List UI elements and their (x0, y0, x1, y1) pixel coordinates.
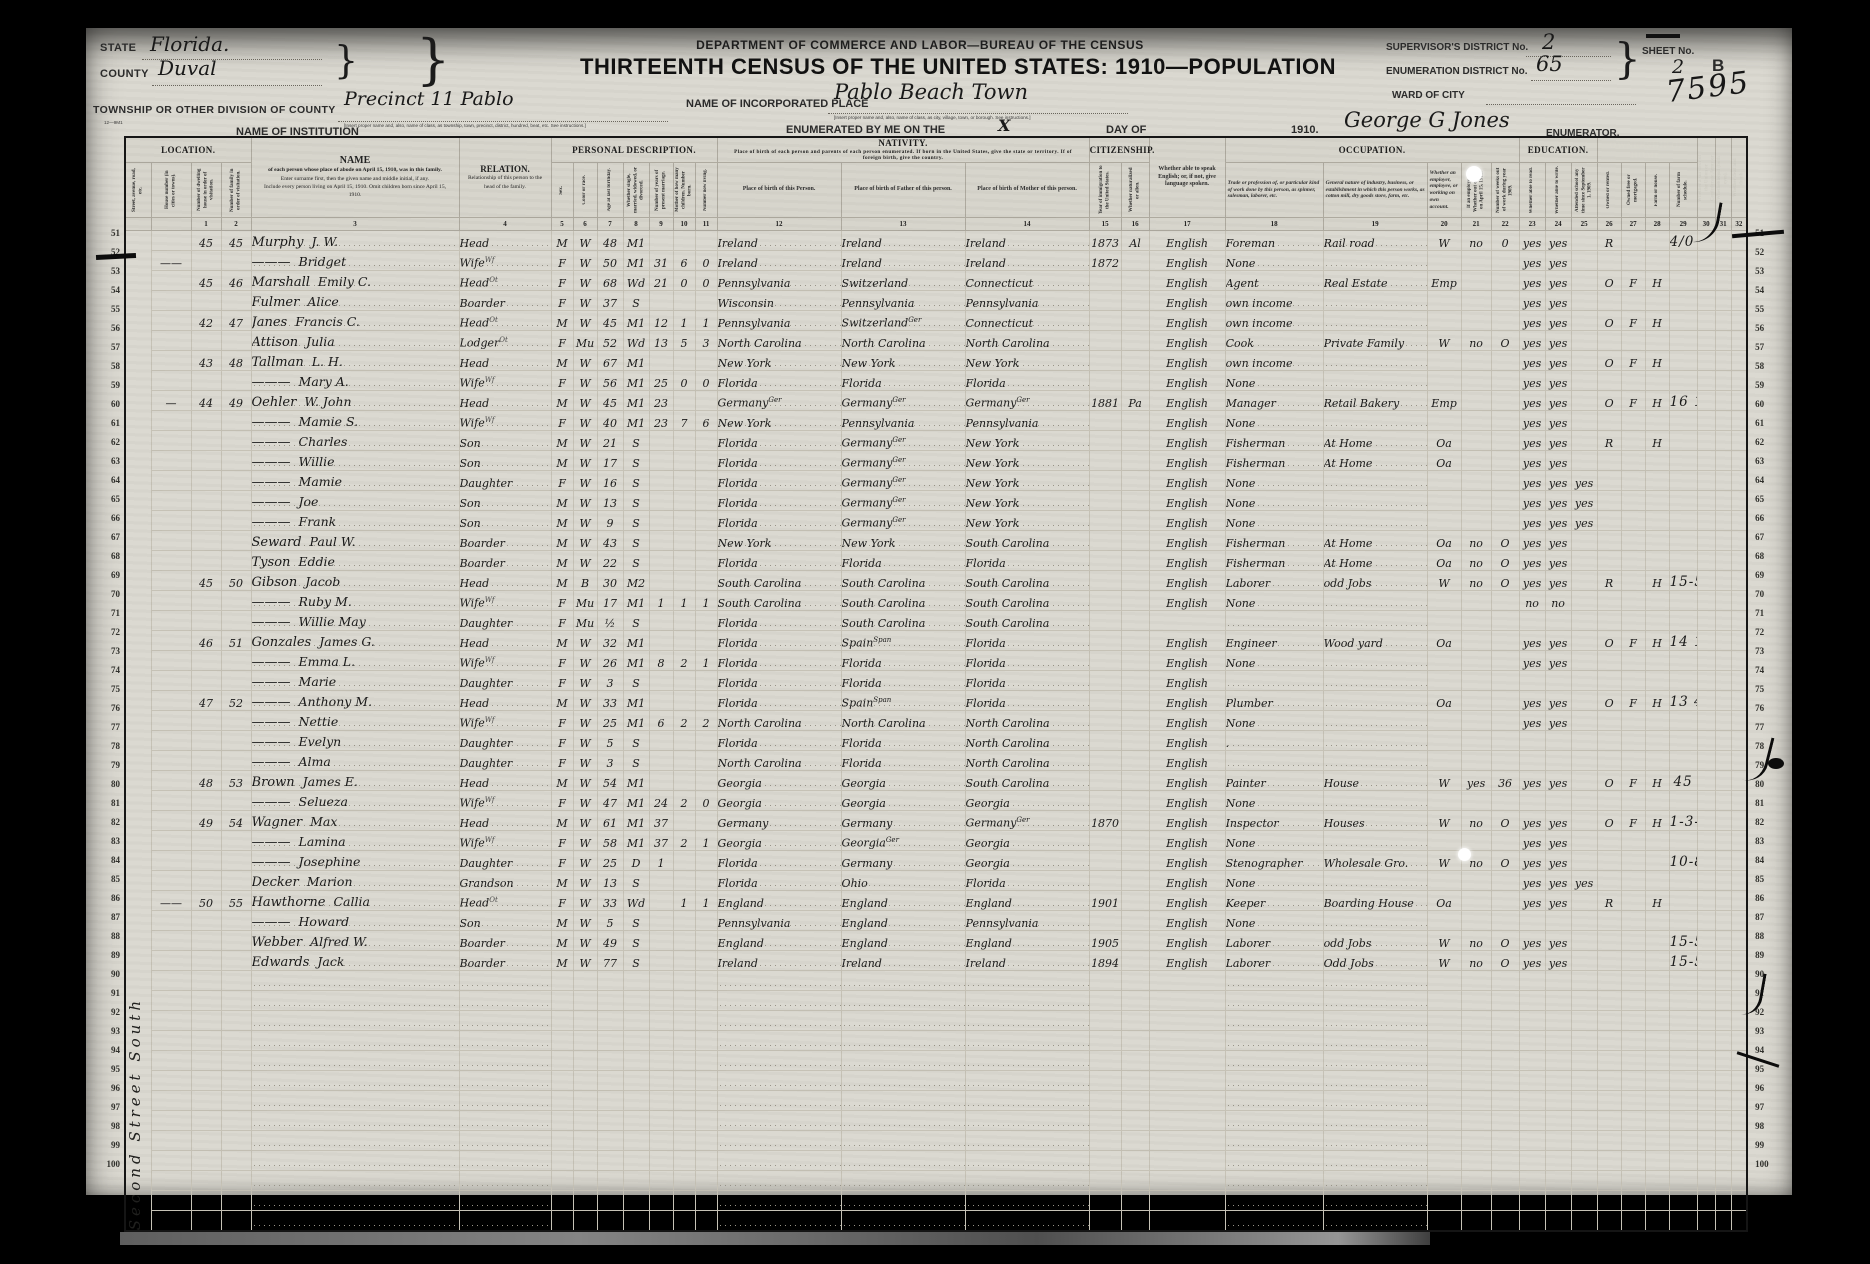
cell-wr: yes (1545, 351, 1571, 371)
cell-o1 (1597, 751, 1621, 771)
column-header: Whether naturalized or alien. (1121, 163, 1149, 218)
cell-tr: None (1225, 831, 1323, 851)
cell-mar: S (623, 731, 649, 751)
cell-sex (551, 1211, 573, 1232)
cell-rd: yes (1519, 471, 1545, 491)
cell-o2 (1621, 671, 1645, 691)
cell-sc: yes (1571, 871, 1597, 891)
line-number: 94 (98, 1041, 124, 1060)
line-number: 100 (98, 1155, 124, 1174)
cell-rel (459, 1131, 551, 1151)
cell-yi (1089, 1191, 1121, 1211)
cell-race: W (573, 811, 597, 831)
place-note: [Insert proper name and, also, name of c… (834, 115, 1031, 120)
cell-o2 (1621, 551, 1645, 571)
column-header: Whether able to speak English; or, if no… (1149, 137, 1225, 218)
cell-yi (1089, 771, 1121, 791)
cell-rd: yes (1519, 831, 1545, 851)
cell-cl (695, 1091, 717, 1111)
cell-rel (459, 1031, 551, 1051)
cell-o1 (1597, 511, 1621, 531)
cell-v (1697, 311, 1715, 331)
cell-yi (1089, 1051, 1121, 1071)
table-row (125, 1011, 1747, 1031)
cell-lg: English (1149, 471, 1225, 491)
cell-tr: own income (1225, 291, 1323, 311)
cell-mar: M1 (623, 411, 649, 431)
cell-pb (717, 1151, 841, 1171)
cell-o2: F (1621, 391, 1645, 411)
cell-age (597, 1211, 623, 1232)
cell-v (1697, 1131, 1715, 1151)
cell-name: ———Selueza (251, 791, 459, 811)
cell-wr (1545, 1011, 1571, 1031)
cell-na (1121, 751, 1149, 771)
cell-lg: English (1149, 531, 1225, 551)
cell-lg: English (1149, 791, 1225, 811)
cell-v (1697, 991, 1715, 1011)
cell-cb (673, 811, 695, 831)
cell-mar: S (623, 431, 649, 451)
cell-rel: Head (459, 391, 551, 411)
cell-age: 30 (597, 571, 623, 591)
cell-fm (221, 1171, 251, 1191)
cell-es (1427, 1171, 1461, 1191)
cell-tr: Laborer (1225, 571, 1323, 591)
cell-rd: yes (1519, 311, 1545, 331)
cell-na (1121, 511, 1149, 531)
cell-sc (1571, 631, 1597, 651)
line-number: 71 (1748, 604, 1778, 623)
cell-sc (1571, 911, 1597, 931)
cell-ym (649, 1011, 673, 1031)
cell-dw (191, 431, 221, 451)
table-row: ———CharlesSonMW21SFloridaGermanyGerNew Y… (125, 431, 1747, 451)
cell-na (1121, 311, 1149, 331)
cell-sex: M (551, 391, 573, 411)
cell-wr (1545, 1211, 1571, 1232)
cell-lg: English (1149, 271, 1225, 291)
header-number-row: 1234567891011121314151617181920212223242… (125, 218, 1747, 231)
cell-wk (1491, 611, 1519, 631)
cell-race: Mu (573, 591, 597, 611)
cell-hn (151, 471, 191, 491)
cell-wr (1545, 991, 1571, 1011)
cell-pf: GermanyGer (841, 431, 965, 451)
cell-v (1697, 331, 1715, 351)
cell-b (1715, 271, 1731, 291)
cell-o1 (1597, 251, 1621, 271)
line-number: 88 (1748, 927, 1778, 946)
cell-sex: F (551, 291, 573, 311)
cell-o1: O (1597, 311, 1621, 331)
cell-ym: 6 (649, 711, 673, 731)
cell-an (1669, 1111, 1697, 1131)
cell-o2 (1621, 1031, 1645, 1051)
cell-pb: Wisconsin (717, 291, 841, 311)
cell-o1 (1597, 1051, 1621, 1071)
cell-hn (151, 1171, 191, 1191)
line-number: 66 (98, 509, 124, 528)
cell-o1: O (1597, 391, 1621, 411)
cell-b (1715, 551, 1731, 571)
cell-cb (673, 671, 695, 691)
line-number: 69 (98, 566, 124, 585)
cell-d (1731, 431, 1747, 451)
cell-dw (191, 1071, 221, 1091)
cell-wk (1491, 1011, 1519, 1031)
cell-rel (459, 1171, 551, 1191)
cell-cb: 1 (673, 891, 695, 911)
cell-cl: 6 (695, 411, 717, 431)
cell-fm (221, 731, 251, 751)
line-number: 53 (98, 262, 124, 281)
cell-tr: Agent (1225, 271, 1323, 291)
cell-age (597, 1191, 623, 1211)
cell-cl: 0 (695, 791, 717, 811)
cell-fm (221, 1111, 251, 1131)
cell-o2 (1621, 471, 1645, 491)
cell-fm (221, 971, 251, 991)
cell-mar: D (623, 851, 649, 871)
cell-sex: M (551, 531, 573, 551)
cell-b (1715, 351, 1731, 371)
enumeration-district-value: 65 (1536, 52, 1563, 76)
cell-mar: Wd (623, 271, 649, 291)
column-header: Place of birth of Father of this person. (841, 163, 965, 218)
line-number: 61 (1748, 414, 1778, 433)
cell-pb: Florida (717, 431, 841, 451)
cell-cb (673, 1051, 695, 1071)
cell-name: WagnerMax (251, 811, 459, 831)
cell-ym (649, 291, 673, 311)
cell-race: W (573, 851, 597, 871)
cell-tr: Plumber (1225, 691, 1323, 711)
cell-rel: Daughter (459, 751, 551, 771)
cell-pm (965, 1191, 1089, 1211)
cell-pb: Pennsylvania (717, 271, 841, 291)
line-number: 89 (98, 946, 124, 965)
column-number: 32 (1731, 218, 1747, 231)
cell-wk (1491, 831, 1519, 851)
cell-lg: English (1149, 351, 1225, 371)
cell-wk (1491, 1211, 1519, 1232)
cell-lg: English (1149, 491, 1225, 511)
cell-age (597, 1111, 623, 1131)
cell-o3 (1645, 551, 1669, 571)
cell-pf: Florida (841, 371, 965, 391)
cell-name: ———Josephine (251, 851, 459, 871)
cell-wr: yes (1545, 471, 1571, 491)
sheet-dash-mark (1646, 34, 1680, 38)
cell-ind (1323, 311, 1427, 331)
cell-rel (459, 1071, 551, 1091)
cell-o3 (1645, 1031, 1669, 1051)
cell-name (251, 1151, 459, 1171)
cell-name: ———Joe (251, 491, 459, 511)
cell-pf: England (841, 911, 965, 931)
cell-ow (1461, 451, 1491, 471)
cell-yi (1089, 451, 1121, 471)
cell-yi (1089, 911, 1121, 931)
cell-v (1697, 651, 1715, 671)
cell-na (1121, 971, 1149, 991)
cell-cb (673, 1031, 695, 1051)
cell-fm (221, 871, 251, 891)
cell-an (1669, 531, 1697, 551)
column-number: 7 (597, 218, 623, 231)
cell-tr: own income (1225, 351, 1323, 371)
cell-ind (1323, 871, 1427, 891)
column-number: 13 (841, 218, 965, 231)
cell-yi (1089, 971, 1121, 991)
cell-pm (965, 1071, 1089, 1091)
cell-tr (1225, 751, 1323, 771)
cell-cl (695, 971, 717, 991)
cell-pf (841, 1191, 965, 1211)
cell-race: W (573, 631, 597, 651)
cell-es: W (1427, 571, 1461, 591)
cell-yi (1089, 511, 1121, 531)
cell-pb (717, 1171, 841, 1191)
cell-rel: Head (459, 691, 551, 711)
cell-ym (649, 1171, 673, 1191)
cell-fm (221, 1051, 251, 1071)
cell-na (1121, 1211, 1149, 1232)
census-table: LOCATION.NAMEof each person whose place … (124, 136, 1748, 1232)
cell-tr: None (1225, 711, 1323, 731)
column-header: Farm or house. (1645, 163, 1669, 218)
cell-o2 (1621, 751, 1645, 771)
cell-rel: Daughter (459, 851, 551, 871)
cell-hn (151, 751, 191, 771)
cell-b (1715, 531, 1731, 551)
line-number: 58 (1748, 357, 1778, 376)
cell-tr: Laborer (1225, 951, 1323, 971)
cell-ow (1461, 1011, 1491, 1031)
cell-v (1697, 531, 1715, 551)
cell-rd: yes (1519, 411, 1545, 431)
cell-race (573, 971, 597, 991)
cell-fm (221, 911, 251, 931)
cell-pm: New York (965, 451, 1089, 471)
table-row (125, 1131, 1747, 1151)
enumerated-mid: DAY OF (1106, 124, 1146, 136)
cell-pb (717, 1011, 841, 1031)
cell-dw (191, 731, 221, 751)
cell-ow (1461, 311, 1491, 331)
cell-tr: None (1225, 251, 1323, 271)
cell-ind: Wood yard (1323, 631, 1427, 651)
cell-na (1121, 1011, 1149, 1031)
cell-cl: 1 (695, 891, 717, 911)
cell-cl (695, 751, 717, 771)
cell-rel: WifeWf (459, 791, 551, 811)
cell-rel: HeadOt (459, 311, 551, 331)
column-header: Color or race. (573, 163, 597, 218)
cell-sc (1571, 711, 1597, 731)
cell-d (1731, 891, 1747, 911)
cell-ind (1323, 1051, 1427, 1071)
cell-na (1121, 411, 1149, 431)
cell-o1 (1597, 651, 1621, 671)
sheet-label: SHEET No. (1642, 46, 1694, 57)
cell-cb (673, 771, 695, 791)
cell-fm: 46 (221, 271, 251, 291)
cell-cb (673, 1131, 695, 1151)
line-number: 70 (98, 585, 124, 604)
cell-race: W (573, 371, 597, 391)
page-title: THIRTEENTH CENSUS OF THE UNITED STATES: … (580, 54, 1260, 80)
cell-ym: 37 (649, 811, 673, 831)
cell-v (1697, 1051, 1715, 1071)
cell-b (1715, 931, 1731, 951)
table-row: 4348TallmanL. H.HeadMW67M1New YorkNew Yo… (125, 351, 1747, 371)
cell-an (1669, 871, 1697, 891)
cell-lg: English (1149, 851, 1225, 871)
cell-dw (191, 551, 221, 571)
line-number: 85 (98, 870, 124, 889)
cell-v (1697, 811, 1715, 831)
cell-name: AttisonJulia (251, 331, 459, 351)
cell-b (1715, 951, 1731, 971)
cell-o1: R (1597, 231, 1621, 251)
cell-tr: None (1225, 371, 1323, 391)
cell-mar (623, 1011, 649, 1031)
cell-rel: Son (459, 491, 551, 511)
cell-wk: O (1491, 931, 1519, 951)
table-row (125, 971, 1747, 991)
cell-an (1669, 1011, 1697, 1031)
cell-na (1121, 331, 1149, 351)
cell-ym: 24 (649, 791, 673, 811)
cell-o1: R (1597, 571, 1621, 591)
group-ownership: OWNERSHIP OF HOME. (1597, 137, 1697, 163)
cell-cl (695, 671, 717, 691)
cell-yi (1089, 1151, 1121, 1171)
table-row (125, 1071, 1747, 1091)
column-header: Whether an employer, employee, or workin… (1427, 163, 1461, 218)
cell-wk (1491, 291, 1519, 311)
cell-ind: Rail road (1323, 231, 1427, 251)
cell-tr (1225, 1191, 1323, 1211)
line-number: 65 (98, 490, 124, 509)
cell-yi (1089, 411, 1121, 431)
line-number: 60 (1748, 395, 1778, 414)
cell-cl (695, 491, 717, 511)
cell-wr (1545, 1131, 1571, 1151)
cell-tr: . (1225, 731, 1323, 751)
cell-sex: F (551, 751, 573, 771)
cell-cl (695, 1131, 717, 1151)
cell-ind (1323, 1091, 1427, 1111)
cell-na (1121, 911, 1149, 931)
cell-fm (221, 551, 251, 571)
cell-v (1697, 491, 1715, 511)
cell-sex: M (551, 551, 573, 571)
cell-name: ———Lamina (251, 831, 459, 851)
cell-ow (1461, 471, 1491, 491)
cell-o1: O (1597, 351, 1621, 371)
line-number: 83 (1748, 832, 1778, 851)
table-row: ——5055HawthorneCalliaHeadOtFW33Wd11Engla… (125, 891, 1747, 911)
cell-yi: 1881 (1089, 391, 1121, 411)
cell-race: W (573, 411, 597, 431)
cell-mar: S (623, 611, 649, 631)
cell-o2 (1621, 711, 1645, 731)
cell-na: Pa (1121, 391, 1149, 411)
cell-dw: 43 (191, 351, 221, 371)
cell-na (1121, 731, 1149, 751)
cell-b (1715, 691, 1731, 711)
line-number: 96 (98, 1079, 124, 1098)
cell-v (1697, 271, 1715, 291)
cell-rd: no (1519, 591, 1545, 611)
cell-sc (1571, 1111, 1597, 1131)
cell-dw (191, 371, 221, 391)
cell-b (1715, 611, 1731, 631)
column-header: Whether able to write. (1545, 163, 1571, 218)
cell-cb (673, 1111, 695, 1131)
cell-b (1715, 511, 1731, 531)
cell-d (1731, 931, 1747, 951)
cell-na (1121, 1031, 1149, 1051)
cell-wk: 36 (1491, 771, 1519, 791)
cell-age: 67 (597, 351, 623, 371)
cell-b (1715, 291, 1731, 311)
cell-hn (151, 691, 191, 711)
cell-fm (221, 711, 251, 731)
cell-yi (1089, 831, 1121, 851)
table-row: 4752———Anthony M.HeadMW33M1FloridaSpainS… (125, 691, 1747, 711)
cell-rel: WifeWf (459, 251, 551, 271)
cell-lg: English (1149, 951, 1225, 971)
cell-lg (1149, 1131, 1225, 1151)
cell-hn (151, 531, 191, 551)
cell-sex: M (551, 571, 573, 591)
cell-sc (1571, 1151, 1597, 1171)
cell-d (1731, 351, 1747, 371)
cell-wk (1491, 631, 1519, 651)
cell-b (1715, 651, 1731, 671)
cell-name: SewardPaul W. (251, 531, 459, 551)
cell-ow (1461, 751, 1491, 771)
cell-ow: no (1461, 551, 1491, 571)
cell-cl (695, 451, 717, 471)
cell-rd (1519, 1111, 1545, 1131)
cell-cb (673, 611, 695, 631)
cell-o2: F (1621, 311, 1645, 331)
cell-o1 (1597, 731, 1621, 751)
cell-sex: F (551, 331, 573, 351)
cell-an (1669, 1031, 1697, 1051)
cell-mar: M1 (623, 351, 649, 371)
table-row: 4954WagnerMaxHeadMW61M137GermanyGermanyG… (125, 811, 1747, 831)
cell-pb (717, 1071, 841, 1091)
column-number: 6 (573, 218, 597, 231)
cell-an: 14 12-9-3 (1669, 631, 1697, 651)
cell-race: W (573, 251, 597, 271)
cell-sex: F (551, 271, 573, 291)
cell-mar: Wd (623, 891, 649, 911)
cell-fm (221, 831, 251, 851)
cell-an (1669, 351, 1697, 371)
cell-wr: yes (1545, 331, 1571, 351)
cell-v (1697, 391, 1715, 411)
cell-ind: Odd Jobs (1323, 951, 1427, 971)
cell-rd: yes (1519, 771, 1545, 791)
cell-race: Mu (573, 611, 597, 631)
